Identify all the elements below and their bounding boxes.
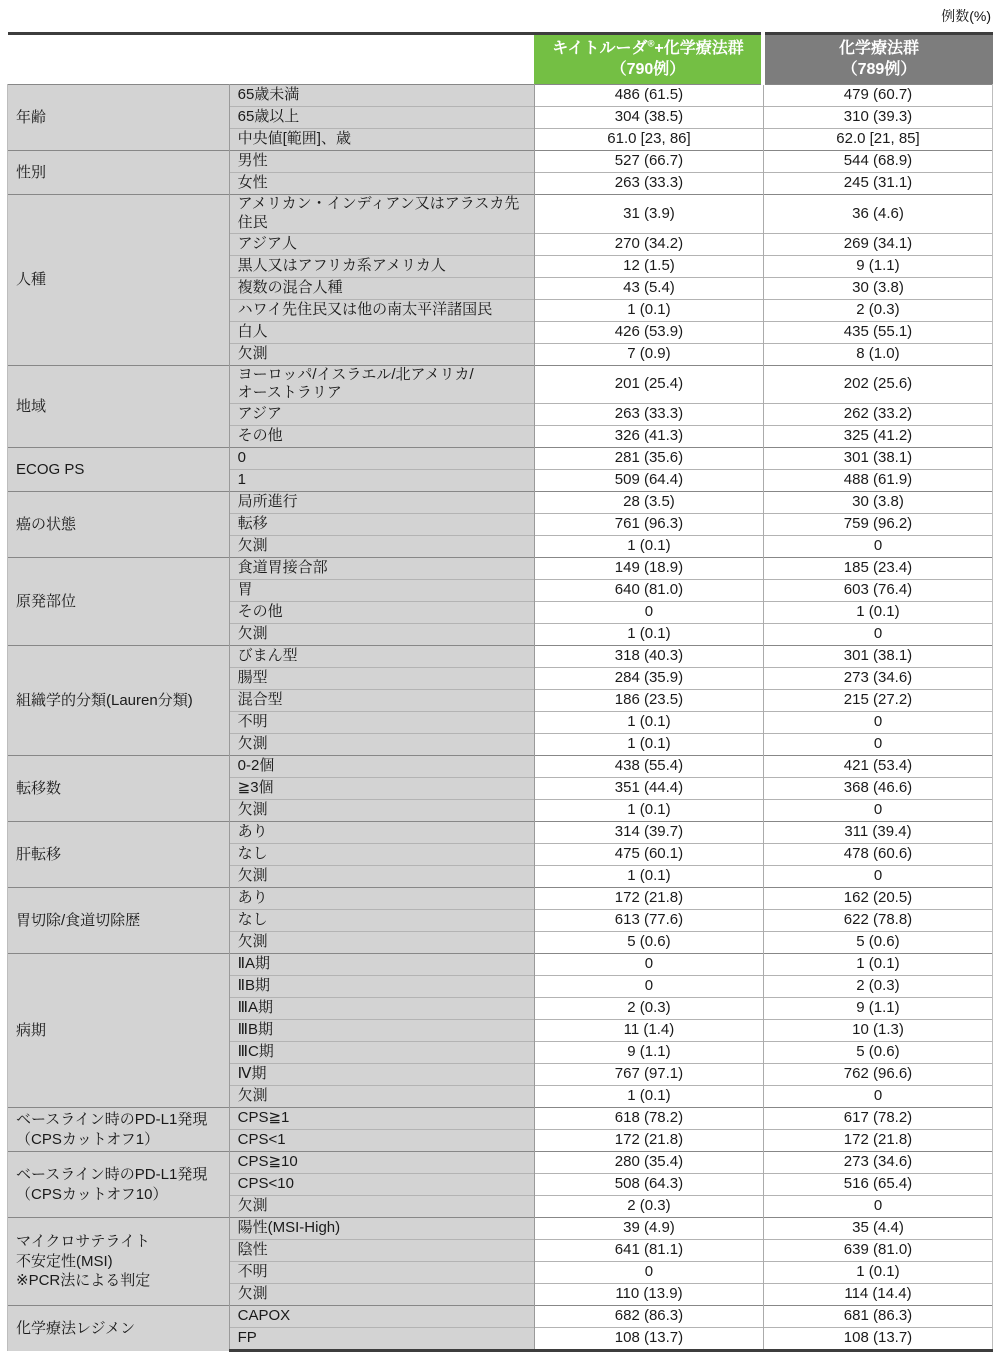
- subcategory-cell: CPS<10: [229, 1174, 534, 1196]
- table-row: 年齢65歳未満486 (61.5)479 (60.7): [8, 85, 993, 107]
- value-cell-chemo: 269 (34.1): [763, 233, 992, 255]
- subcategory-cell: 白人: [229, 321, 534, 343]
- category-cell: 転移数: [8, 756, 230, 822]
- value-cell-chemo: 30 (3.8): [763, 277, 992, 299]
- category-cell: ベースライン時のPD-L1発現 （CPSカットオフ10）: [8, 1152, 230, 1218]
- value-cell-chemo: 273 (34.6): [763, 668, 992, 690]
- subcategory-cell: ⅢB期: [229, 1020, 534, 1042]
- value-cell-chemo: 325 (41.2): [763, 426, 992, 448]
- chemo-label: 化学療法群: [767, 38, 990, 59]
- value-cell-keytruda-chemo: 438 (55.4): [534, 756, 763, 778]
- table-row: 組織学的分類(Lauren分類)びまん型318 (40.3)301 (38.1): [8, 646, 993, 668]
- value-cell-keytruda-chemo: 28 (3.5): [534, 492, 763, 514]
- value-cell-chemo: 603 (76.4): [763, 580, 992, 602]
- subcategory-cell: 複数の混合人種: [229, 277, 534, 299]
- value-cell-chemo: 172 (21.8): [763, 1130, 992, 1152]
- category-cell: 化学療法レジメン: [8, 1306, 230, 1351]
- value-cell-chemo: 9 (1.1): [763, 255, 992, 277]
- table-row: 原発部位食道胃接合部149 (18.9)185 (23.4): [8, 558, 993, 580]
- value-cell-keytruda-chemo: 761 (96.3): [534, 514, 763, 536]
- value-cell-keytruda-chemo: 318 (40.3): [534, 646, 763, 668]
- category-cell: 肝転移: [8, 822, 230, 888]
- value-cell-keytruda-chemo: 618 (78.2): [534, 1108, 763, 1130]
- value-cell-keytruda-chemo: 1 (0.1): [534, 800, 763, 822]
- value-cell-keytruda-chemo: 486 (61.5): [534, 85, 763, 107]
- value-cell-keytruda-chemo: 110 (13.9): [534, 1284, 763, 1306]
- table-row: 性別男性527 (66.7)544 (68.9): [8, 151, 993, 173]
- value-cell-chemo: 2 (0.3): [763, 976, 992, 998]
- value-cell-keytruda-chemo: 61.0 [23, 86]: [534, 129, 763, 151]
- table-row: ECOG PS0281 (35.6)301 (38.1): [8, 448, 993, 470]
- value-cell-keytruda-chemo: 304 (38.5): [534, 107, 763, 129]
- subcategory-cell: 欠測: [229, 1196, 534, 1218]
- subcategory-cell: アジア人: [229, 233, 534, 255]
- subcategory-cell: 欠測: [229, 932, 534, 954]
- subcategory-cell: ⅡB期: [229, 976, 534, 998]
- value-cell-chemo: 1 (0.1): [763, 1262, 992, 1284]
- table-row: マイクロサテライト 不安定性(MSI) ※PCR法による判定陽性(MSI-Hig…: [8, 1218, 993, 1240]
- subcategory-cell: 0-2個: [229, 756, 534, 778]
- subcategory-cell: 0: [229, 448, 534, 470]
- table-row: 胃切除/食道切除歴あり172 (21.8)162 (20.5): [8, 888, 993, 910]
- subcategory-cell: ヨーロッパ/イスラエル/北アメリカ/ オーストラリア: [229, 365, 534, 404]
- value-cell-keytruda-chemo: 12 (1.5): [534, 255, 763, 277]
- value-cell-keytruda-chemo: 2 (0.3): [534, 998, 763, 1020]
- value-cell-chemo: 35 (4.4): [763, 1218, 992, 1240]
- category-cell: 組織学的分類(Lauren分類): [8, 646, 230, 756]
- subcategory-cell: 陽性(MSI-High): [229, 1218, 534, 1240]
- value-cell-chemo: 0: [763, 1086, 992, 1108]
- subcategory-cell: ⅢA期: [229, 998, 534, 1020]
- value-cell-chemo: 478 (60.6): [763, 844, 992, 866]
- value-cell-keytruda-chemo: 201 (25.4): [534, 365, 763, 404]
- value-cell-chemo: 301 (38.1): [763, 646, 992, 668]
- value-cell-keytruda-chemo: 281 (35.6): [534, 448, 763, 470]
- category-cell: 地域: [8, 365, 230, 448]
- value-cell-chemo: 639 (81.0): [763, 1240, 992, 1262]
- value-cell-keytruda-chemo: 108 (13.7): [534, 1328, 763, 1351]
- subcategory-cell: ハワイ先住民又は他の南太平洋諸国民: [229, 299, 534, 321]
- value-cell-keytruda-chemo: 31 (3.9): [534, 195, 763, 234]
- value-cell-keytruda-chemo: 641 (81.1): [534, 1240, 763, 1262]
- header-empty-cell: [8, 34, 535, 85]
- value-cell-chemo: 622 (78.8): [763, 910, 992, 932]
- value-cell-chemo: 0: [763, 800, 992, 822]
- page: 例数(%) キイトルーダ®+化学療法群 （790例） 化学療法群 （789例） …: [0, 0, 1000, 1352]
- subcategory-cell: びまん型: [229, 646, 534, 668]
- subcategory-cell: 不明: [229, 1262, 534, 1284]
- table-body: 年齢65歳未満486 (61.5)479 (60.7)65歳以上304 (38.…: [8, 85, 993, 1351]
- value-cell-chemo: 1 (0.1): [763, 602, 992, 624]
- subcategory-cell: あり: [229, 888, 534, 910]
- value-cell-chemo: 0: [763, 624, 992, 646]
- subcategory-cell: 陰性: [229, 1240, 534, 1262]
- subcategory-cell: 欠測: [229, 1284, 534, 1306]
- subcategory-cell: 胃: [229, 580, 534, 602]
- subcategory-cell: あり: [229, 822, 534, 844]
- value-cell-chemo: 9 (1.1): [763, 998, 992, 1020]
- value-cell-keytruda-chemo: 509 (64.4): [534, 470, 763, 492]
- value-cell-keytruda-chemo: 149 (18.9): [534, 558, 763, 580]
- keytruda-chemo-label: キイトルーダ®+化学療法群: [536, 38, 759, 59]
- value-cell-chemo: 368 (46.6): [763, 778, 992, 800]
- value-cell-chemo: 310 (39.3): [763, 107, 992, 129]
- category-cell: ベースライン時のPD-L1発現 （CPSカットオフ1）: [8, 1108, 230, 1152]
- subcategory-cell: 食道胃接合部: [229, 558, 534, 580]
- subcategory-cell: 欠測: [229, 1086, 534, 1108]
- value-cell-chemo: 759 (96.2): [763, 514, 992, 536]
- subcategory-cell: CPS≧10: [229, 1152, 534, 1174]
- subcategory-cell: なし: [229, 910, 534, 932]
- value-cell-keytruda-chemo: 314 (39.7): [534, 822, 763, 844]
- value-cell-keytruda-chemo: 43 (5.4): [534, 277, 763, 299]
- value-cell-keytruda-chemo: 351 (44.4): [534, 778, 763, 800]
- value-cell-chemo: 273 (34.6): [763, 1152, 992, 1174]
- value-cell-chemo: 0: [763, 536, 992, 558]
- value-cell-keytruda-chemo: 1 (0.1): [534, 624, 763, 646]
- table-row: 病期ⅡA期01 (0.1): [8, 954, 993, 976]
- table-row: ベースライン時のPD-L1発現 （CPSカットオフ1）CPS≧1618 (78.…: [8, 1108, 993, 1130]
- unit-label: 例数(%): [7, 0, 993, 32]
- value-cell-keytruda-chemo: 1 (0.1): [534, 299, 763, 321]
- value-cell-chemo: 245 (31.1): [763, 173, 992, 195]
- value-cell-keytruda-chemo: 263 (33.3): [534, 173, 763, 195]
- category-cell: 人種: [8, 195, 230, 366]
- value-cell-keytruda-chemo: 767 (97.1): [534, 1064, 763, 1086]
- value-cell-chemo: 301 (38.1): [763, 448, 992, 470]
- value-cell-chemo: 435 (55.1): [763, 321, 992, 343]
- value-cell-keytruda-chemo: 475 (60.1): [534, 844, 763, 866]
- value-cell-keytruda-chemo: 326 (41.3): [534, 426, 763, 448]
- subcategory-cell: 65歳以上: [229, 107, 534, 129]
- chemo-n: （789例）: [767, 59, 990, 80]
- keytruda-chemo-n: （790例）: [536, 59, 759, 80]
- table-row: 地域ヨーロッパ/イスラエル/北アメリカ/ オーストラリア201 (25.4)20…: [8, 365, 993, 404]
- subcategory-cell: アジア: [229, 404, 534, 426]
- value-cell-keytruda-chemo: 2 (0.3): [534, 1196, 763, 1218]
- table-row: ベースライン時のPD-L1発現 （CPSカットオフ10）CPS≧10280 (3…: [8, 1152, 993, 1174]
- subcategory-cell: FP: [229, 1328, 534, 1351]
- value-cell-chemo: 108 (13.7): [763, 1328, 992, 1351]
- subcategory-cell: 欠測: [229, 624, 534, 646]
- value-cell-chemo: 8 (1.0): [763, 343, 992, 365]
- value-cell-keytruda-chemo: 1 (0.1): [534, 734, 763, 756]
- subcategory-cell: 転移: [229, 514, 534, 536]
- value-cell-keytruda-chemo: 1 (0.1): [534, 712, 763, 734]
- value-cell-keytruda-chemo: 1 (0.1): [534, 866, 763, 888]
- subcategory-cell: 黒人又はアフリカ系アメリカ人: [229, 255, 534, 277]
- subcategory-cell: 欠測: [229, 800, 534, 822]
- subcategory-cell: 中央値[範囲]、歳: [229, 129, 534, 151]
- value-cell-chemo: 114 (14.4): [763, 1284, 992, 1306]
- brand-name: キイトルーダ: [552, 40, 647, 57]
- value-cell-keytruda-chemo: 508 (64.3): [534, 1174, 763, 1196]
- value-cell-keytruda-chemo: 682 (86.3): [534, 1306, 763, 1328]
- subcategory-cell: 男性: [229, 151, 534, 173]
- category-cell: 性別: [8, 151, 230, 195]
- category-cell: 年齢: [8, 85, 230, 151]
- value-cell-chemo: 1 (0.1): [763, 954, 992, 976]
- subcategory-cell: 1: [229, 470, 534, 492]
- baseline-characteristics-table: キイトルーダ®+化学療法群 （790例） 化学療法群 （789例） 年齢65歳未…: [7, 32, 993, 1352]
- value-cell-keytruda-chemo: 172 (21.8): [534, 1130, 763, 1152]
- subcategory-cell: 欠測: [229, 536, 534, 558]
- subcategory-cell: 混合型: [229, 690, 534, 712]
- subcategory-cell: ⅡA期: [229, 954, 534, 976]
- value-cell-chemo: 617 (78.2): [763, 1108, 992, 1130]
- table-row: 肝転移あり314 (39.7)311 (39.4): [8, 822, 993, 844]
- value-cell-keytruda-chemo: 270 (34.2): [534, 233, 763, 255]
- table-row: 化学療法レジメンCAPOX682 (86.3)681 (86.3): [8, 1306, 993, 1328]
- subcategory-cell: なし: [229, 844, 534, 866]
- subcategory-cell: その他: [229, 602, 534, 624]
- subcategory-cell: Ⅳ期: [229, 1064, 534, 1086]
- value-cell-chemo: 0: [763, 734, 992, 756]
- subcategory-cell: 腸型: [229, 668, 534, 690]
- subcategory-cell: 欠測: [229, 343, 534, 365]
- plus-chemo-label: +化学療法群: [654, 40, 743, 57]
- category-cell: 癌の状態: [8, 492, 230, 558]
- value-cell-chemo: 5 (0.6): [763, 932, 992, 954]
- value-cell-chemo: 311 (39.4): [763, 822, 992, 844]
- value-cell-keytruda-chemo: 11 (1.4): [534, 1020, 763, 1042]
- header-row: キイトルーダ®+化学療法群 （790例） 化学療法群 （789例）: [8, 34, 993, 85]
- category-cell: ECOG PS: [8, 448, 230, 492]
- value-cell-keytruda-chemo: 284 (35.9): [534, 668, 763, 690]
- value-cell-keytruda-chemo: 640 (81.0): [534, 580, 763, 602]
- subcategory-cell: CPS≧1: [229, 1108, 534, 1130]
- table-row: 人種アメリカン・インディアン又はアラスカ先住民31 (3.9)36 (4.6): [8, 195, 993, 234]
- value-cell-keytruda-chemo: 39 (4.9): [534, 1218, 763, 1240]
- value-cell-chemo: 2 (0.3): [763, 299, 992, 321]
- category-cell: 原発部位: [8, 558, 230, 646]
- subcategory-cell: 局所進行: [229, 492, 534, 514]
- value-cell-chemo: 516 (65.4): [763, 1174, 992, 1196]
- value-cell-chemo: 10 (1.3): [763, 1020, 992, 1042]
- value-cell-chemo: 544 (68.9): [763, 151, 992, 173]
- value-cell-chemo: 185 (23.4): [763, 558, 992, 580]
- value-cell-keytruda-chemo: 263 (33.3): [534, 404, 763, 426]
- category-cell: マイクロサテライト 不安定性(MSI) ※PCR法による判定: [8, 1218, 230, 1306]
- subcategory-cell: 欠測: [229, 866, 534, 888]
- subcategory-cell: 欠測: [229, 734, 534, 756]
- value-cell-keytruda-chemo: 172 (21.8): [534, 888, 763, 910]
- value-cell-chemo: 262 (33.2): [763, 404, 992, 426]
- value-cell-chemo: 5 (0.6): [763, 1042, 992, 1064]
- value-cell-chemo: 479 (60.7): [763, 85, 992, 107]
- subcategory-cell: CAPOX: [229, 1306, 534, 1328]
- value-cell-keytruda-chemo: 426 (53.9): [534, 321, 763, 343]
- value-cell-chemo: 681 (86.3): [763, 1306, 992, 1328]
- value-cell-keytruda-chemo: 186 (23.5): [534, 690, 763, 712]
- value-cell-chemo: 421 (53.4): [763, 756, 992, 778]
- value-cell-chemo: 62.0 [21, 85]: [763, 129, 992, 151]
- value-cell-keytruda-chemo: 0: [534, 954, 763, 976]
- subcategory-cell: ≧3個: [229, 778, 534, 800]
- value-cell-keytruda-chemo: 613 (77.6): [534, 910, 763, 932]
- value-cell-keytruda-chemo: 280 (35.4): [534, 1152, 763, 1174]
- value-cell-chemo: 488 (61.9): [763, 470, 992, 492]
- subcategory-cell: 65歳未満: [229, 85, 534, 107]
- value-cell-keytruda-chemo: 0: [534, 976, 763, 998]
- value-cell-keytruda-chemo: 527 (66.7): [534, 151, 763, 173]
- value-cell-keytruda-chemo: 9 (1.1): [534, 1042, 763, 1064]
- value-cell-chemo: 30 (3.8): [763, 492, 992, 514]
- category-cell: 病期: [8, 954, 230, 1108]
- category-cell: 胃切除/食道切除歴: [8, 888, 230, 954]
- subcategory-cell: アメリカン・インディアン又はアラスカ先住民: [229, 195, 534, 234]
- value-cell-chemo: 762 (96.6): [763, 1064, 992, 1086]
- value-cell-keytruda-chemo: 1 (0.1): [534, 536, 763, 558]
- value-cell-chemo: 202 (25.6): [763, 365, 992, 404]
- value-cell-keytruda-chemo: 0: [534, 602, 763, 624]
- value-cell-keytruda-chemo: 1 (0.1): [534, 1086, 763, 1108]
- subcategory-cell: 不明: [229, 712, 534, 734]
- value-cell-keytruda-chemo: 0: [534, 1262, 763, 1284]
- table-row: 転移数0-2個438 (55.4)421 (53.4): [8, 756, 993, 778]
- header-col-keytruda-chemo: キイトルーダ®+化学療法群 （790例）: [534, 34, 763, 85]
- header-col-chemo: 化学療法群 （789例）: [763, 34, 992, 85]
- value-cell-chemo: 215 (27.2): [763, 690, 992, 712]
- value-cell-chemo: 0: [763, 712, 992, 734]
- subcategory-cell: ⅢC期: [229, 1042, 534, 1064]
- subcategory-cell: CPS<1: [229, 1130, 534, 1152]
- subcategory-cell: 女性: [229, 173, 534, 195]
- table-row: 癌の状態局所進行28 (3.5)30 (3.8): [8, 492, 993, 514]
- value-cell-chemo: 36 (4.6): [763, 195, 992, 234]
- value-cell-chemo: 0: [763, 1196, 992, 1218]
- subcategory-cell: その他: [229, 426, 534, 448]
- value-cell-keytruda-chemo: 7 (0.9): [534, 343, 763, 365]
- value-cell-chemo: 0: [763, 866, 992, 888]
- value-cell-chemo: 162 (20.5): [763, 888, 992, 910]
- value-cell-keytruda-chemo: 5 (0.6): [534, 932, 763, 954]
